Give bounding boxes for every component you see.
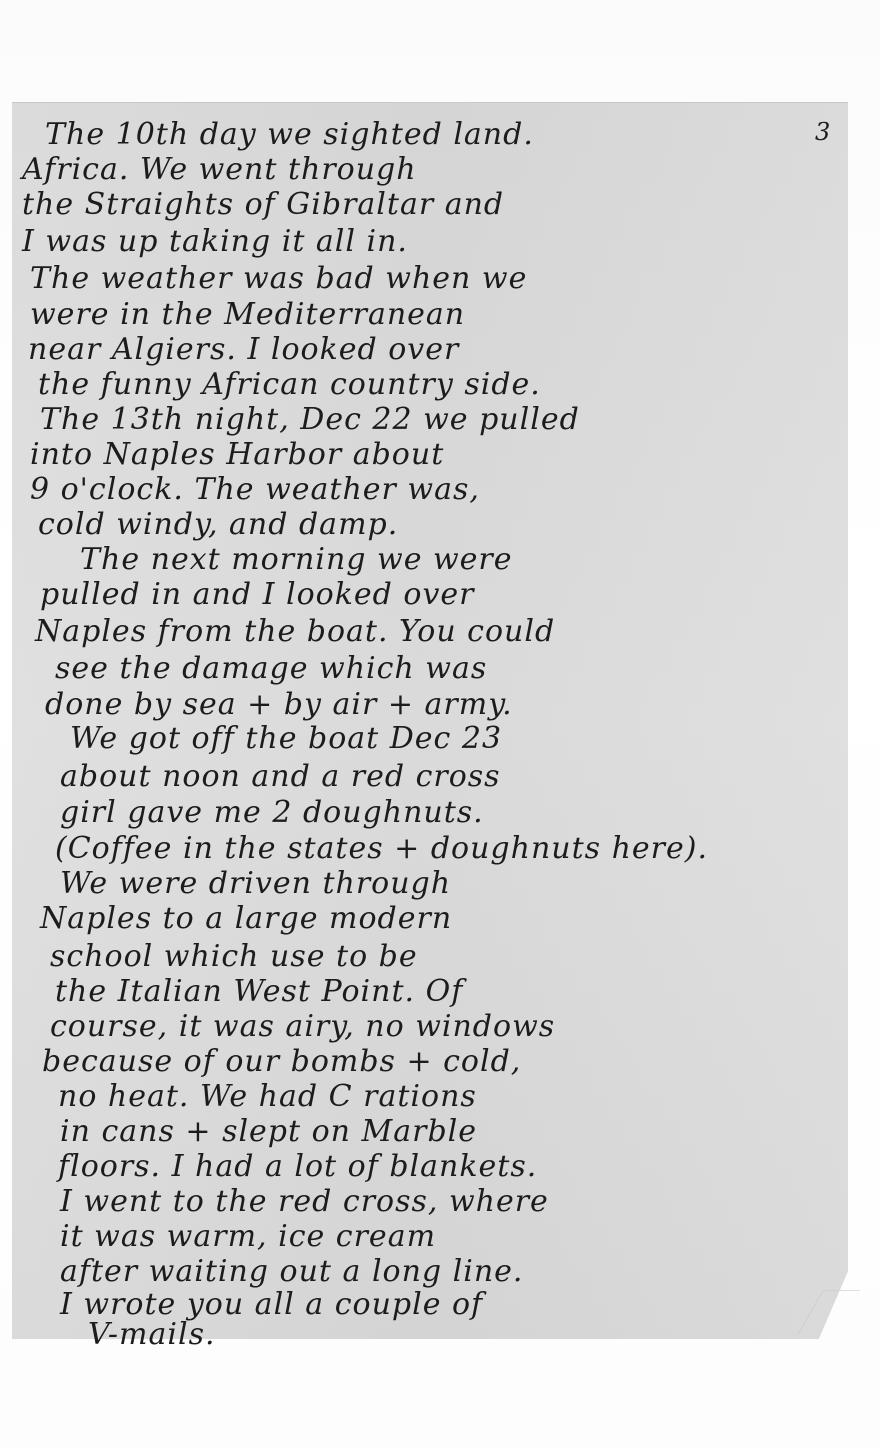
handwritten-line: (Coffee in the states + doughnuts here). xyxy=(55,832,708,866)
handwritten-line: I went to the red cross, where xyxy=(60,1185,549,1219)
handwritten-line: after waiting out a long line. xyxy=(60,1255,523,1289)
handwritten-line: it was warm, ice cream xyxy=(60,1220,436,1254)
handwritten-line: were in the Mediterranean xyxy=(30,298,465,332)
handwritten-line: near Algiers. I looked over xyxy=(28,333,459,367)
handwritten-line: about noon and a red cross xyxy=(60,760,501,794)
handwritten-line: girl gave me 2 doughnuts. xyxy=(60,796,484,830)
handwritten-line: Naples from the boat. You could xyxy=(35,615,555,649)
handwritten-line: The weather was bad when we xyxy=(30,262,527,296)
handwritten-line: because of our bombs + cold, xyxy=(42,1045,521,1079)
handwritten-line: V-mails. xyxy=(88,1318,216,1352)
handwritten-line: The 10th day we sighted land. xyxy=(45,118,534,152)
handwritten-line: 9 o'clock. The weather was, xyxy=(30,473,480,507)
handwritten-line: I was up taking it all in. xyxy=(22,225,408,259)
handwritten-line: Naples to a large modern xyxy=(40,902,452,936)
handwritten-line: We were driven through xyxy=(60,867,451,901)
handwritten-line: the Italian West Point. Of xyxy=(55,975,463,1009)
handwritten-line: the funny African country side. xyxy=(38,368,541,402)
handwritten-line: in cans + slept on Marble xyxy=(60,1115,477,1149)
handwritten-line: see the damage which was xyxy=(55,652,487,686)
handwritten-line: floors. I had a lot of blankets. xyxy=(58,1150,537,1184)
handwritten-line: school which use to be xyxy=(50,940,418,974)
handwritten-line: pulled in and I looked over xyxy=(40,578,475,612)
handwritten-line: We got off the boat Dec 23 xyxy=(70,722,502,756)
handwritten-line: no heat. We had C rations xyxy=(58,1080,477,1114)
handwritten-line: the Straights of Gibraltar and xyxy=(22,188,504,222)
handwritten-line: Africa. We went through xyxy=(22,153,417,187)
handwritten-line: The 13th night, Dec 22 we pulled xyxy=(40,403,580,437)
handwritten-line: into Naples Harbor about xyxy=(30,438,444,472)
handwritten-line: course, it was airy, no windows xyxy=(50,1010,555,1044)
handwritten-line: cold windy, and damp. xyxy=(38,508,398,542)
handwritten-line: The next morning we were xyxy=(80,543,513,577)
handwritten-line: done by sea + by air + army. xyxy=(45,688,513,722)
page-number: 3 xyxy=(815,118,830,146)
